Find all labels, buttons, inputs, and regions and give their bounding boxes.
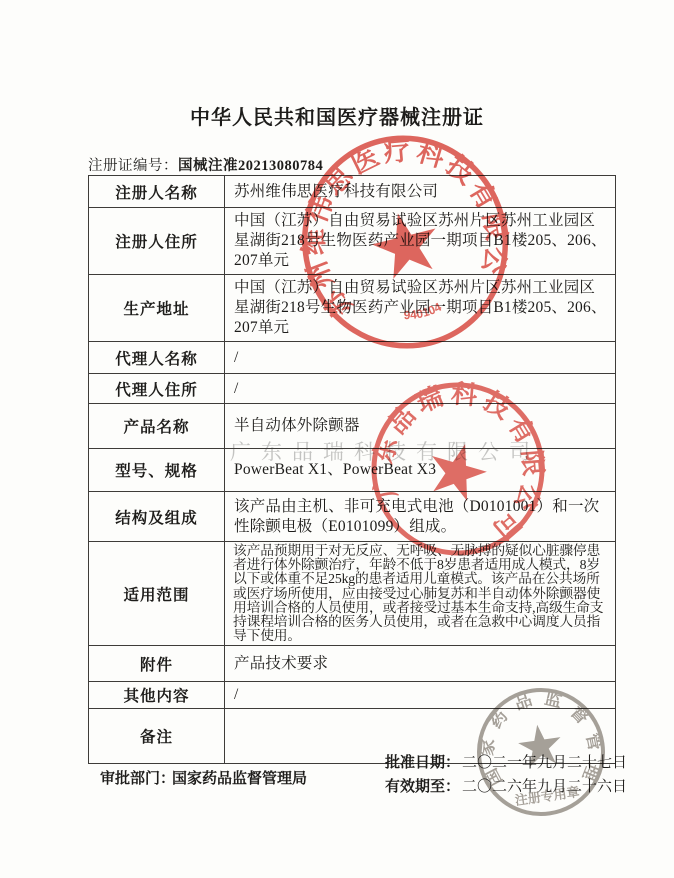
row-label: 代理人名称 xyxy=(89,342,225,374)
star-icon xyxy=(366,205,445,281)
row-label: 备注 xyxy=(89,709,225,764)
row-label: 附件 xyxy=(89,646,225,682)
page-title: 中华人民共和国医疗器械注册证 xyxy=(0,101,674,130)
approve-date-label: 批准日期： xyxy=(385,751,460,772)
table-row: 适用范围 该产品预期用于对无反应、无呼吸、无脉搏的疑似心脏骤停患者进行体外除颤治… xyxy=(89,542,616,646)
row-label: 注册人名称 xyxy=(89,176,225,208)
table-row: 附件 产品技术要求 xyxy=(89,646,616,682)
approval-department-value: 国家药品监督管理局 xyxy=(172,767,307,788)
star-icon xyxy=(423,436,493,504)
svg-text:940104: 940104 xyxy=(400,299,444,325)
row-label: 适用范围 xyxy=(89,542,225,646)
valid-until-label: 有效期至： xyxy=(385,775,460,796)
certificate-number-label: 注册证编号： xyxy=(88,158,178,174)
star-icon xyxy=(516,722,564,768)
row-value: 产品技术要求 xyxy=(225,646,616,682)
approval-department-label: 审批部门： xyxy=(100,767,175,788)
certificate-page: 中华人民共和国医疗器械注册证 注册证编号：国械注准20213080784 广东品… xyxy=(0,0,674,878)
row-label: 其他内容 xyxy=(89,682,225,709)
registry-seal-stamp-icon: 国家药品监督管理局 注册专用章 xyxy=(465,676,616,827)
row-label: 生产地址 xyxy=(89,275,225,342)
row-label: 结构及组成 xyxy=(89,492,225,542)
row-label: 代理人住所 xyxy=(89,374,225,404)
row-value: 该产品预期用于对无反应、无呼吸、无脉搏的疑似心脏骤停患者进行体外除颤治疗，年龄不… xyxy=(225,542,616,646)
row-label: 型号、规格 xyxy=(89,449,225,492)
row-label: 注册人住所 xyxy=(89,208,225,275)
company-seal-digits: 940104 xyxy=(400,299,444,325)
row-label: 产品名称 xyxy=(89,404,225,449)
